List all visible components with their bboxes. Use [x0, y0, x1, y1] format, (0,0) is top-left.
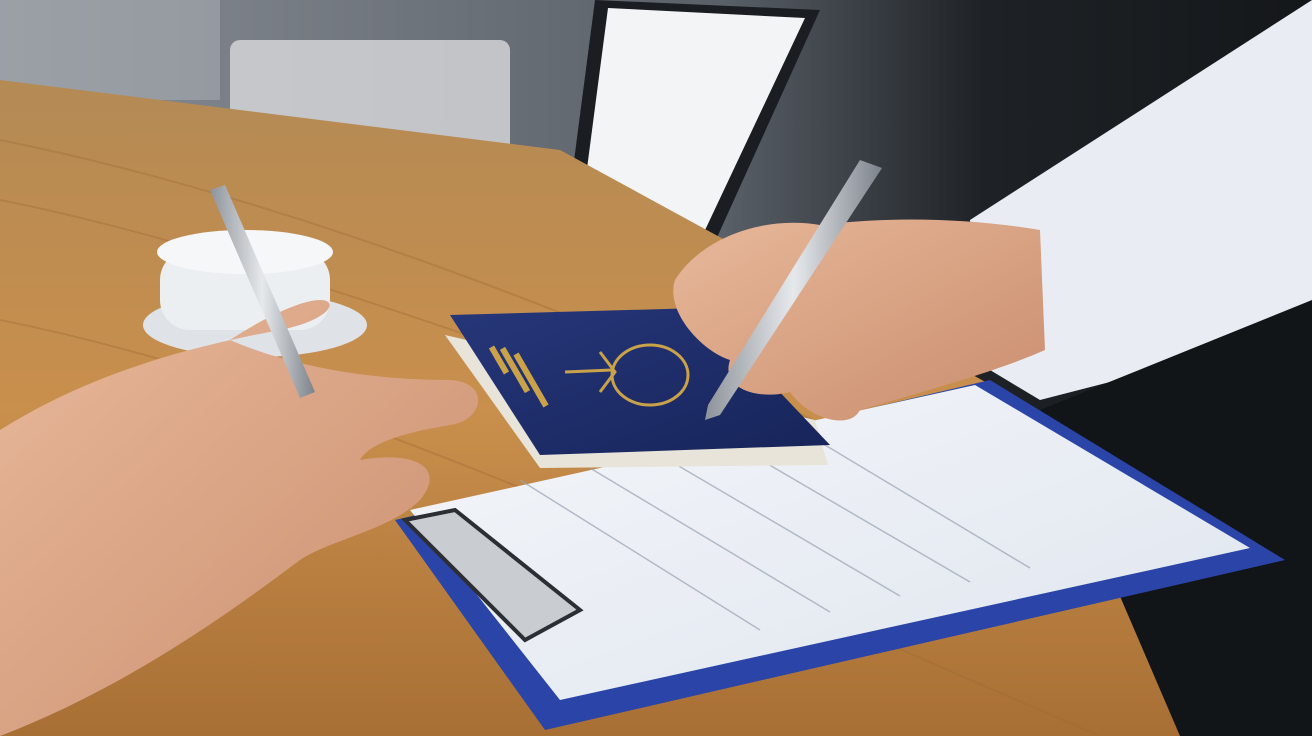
photo-illustration: [0, 0, 1312, 736]
photo-scene: Close-up of a hand holding a pen, receiv…: [0, 0, 1312, 736]
